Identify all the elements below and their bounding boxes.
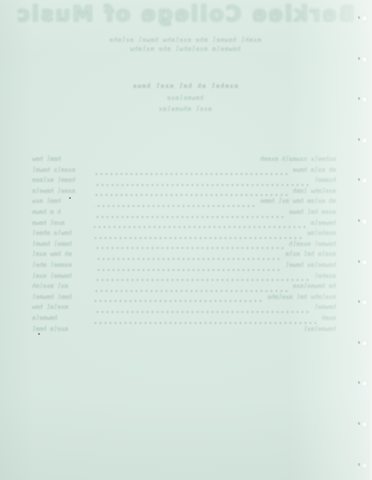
binder-hole: [362, 219, 367, 224]
toc-row: mxmhhmwmelm: [32, 314, 336, 325]
toc-dot-leader: [94, 225, 307, 229]
binder-hole: [362, 260, 367, 265]
binder-hole-shadow: [358, 259, 361, 262]
toc-row-label: hmwmelmx hmwel: [285, 261, 336, 272]
toc-dot-leader: [94, 268, 281, 272]
toc-row-name: hmml hmw: [32, 155, 90, 166]
toc-row: hmwmelmx hmwelmxmmel mhel: [32, 261, 336, 272]
binder-hole: [362, 422, 367, 427]
toc-row-label: mxmhelmw: [307, 229, 336, 240]
toc-dot-leader: [94, 321, 318, 325]
toc-dot-leader: [94, 183, 310, 187]
toc-dot-leader: [94, 289, 289, 293]
toc-row-label: mxem hml hmwe: [289, 208, 336, 219]
toc-row-name: mxl mxelmh: [32, 282, 90, 293]
binder-hole: [362, 341, 367, 346]
toc-row-label: mxmh: [322, 314, 336, 325]
bleedthrough-contents-list: mxhmelx nxwmalh mxemhhmml hmwmh mxlm hmw…: [32, 155, 336, 335]
toc-row: hm hmwmelmxemxl mxelmh: [32, 282, 336, 293]
toc-dot-leader: [94, 246, 285, 250]
bleedthrough-title-line-2: hmwmelmxe: [0, 93, 370, 105]
binder-hole-shadow: [358, 56, 361, 59]
binder-hole: [362, 178, 367, 183]
dirt-speck: [38, 333, 40, 335]
binder-hole-shadow: [358, 462, 361, 465]
binder-hole-shadow: [358, 341, 361, 344]
toc-row-label: hmwmel mxemlh: [289, 240, 336, 251]
binder-hole-shadow: [358, 381, 361, 384]
toc-row-name: mxmmel mhel: [32, 261, 90, 272]
toc-row-name: hmwmel mxml: [32, 272, 90, 283]
toc-row-name: hmwmelm: [32, 314, 90, 325]
toc-row: mxelmhw lmmhmxmel hmwelm: [32, 187, 336, 198]
toc-row-label: mxelmhw hml mxelmhe: [267, 293, 336, 304]
toc-row: hmwmel mxemlhhmmel hmwml: [32, 240, 336, 251]
toc-row-name: mxelml hmw: [32, 303, 90, 314]
toc-row: mh mxlm hmwemxemlx hmwml: [32, 166, 336, 177]
dirt-speck: [69, 197, 71, 199]
toc-row: mxelm hml mxlmmh hmw mxml: [32, 250, 336, 261]
binder-hole: [362, 16, 367, 21]
toc-dot-leader: [94, 257, 281, 261]
toc-row-label: mxmhel: [314, 272, 336, 283]
toc-row-label: mxelm hml mxlm: [285, 250, 336, 261]
toc-dot-leader: [94, 278, 310, 282]
binder-hole-shadow: [358, 178, 361, 181]
toc-row-label: hm hmwmelmxe: [293, 282, 336, 293]
toc-dot-leader: [94, 215, 285, 219]
toc-row-name: mxemlx hmwml: [32, 166, 90, 177]
binder-hole: [362, 57, 367, 62]
binder-hole: [362, 300, 367, 305]
toc-dot-leader: [94, 162, 256, 166]
binder-hole-shadow: [358, 138, 361, 141]
toc-dot-leader: [94, 172, 289, 176]
toc-row-name: hmwle mhmel: [32, 229, 90, 240]
bleedthrough-address-line-1: mxmhl hmwmel mhe mxelmhw hmwel mxlmhe: [0, 36, 370, 45]
toc-row: mxmhelhmwmel mxml: [32, 272, 336, 283]
toc-row-name: hmml hmwmel: [32, 293, 90, 304]
toc-row-label: hmwmel: [314, 303, 336, 314]
toc-row-name: mh hmw mxml: [32, 250, 90, 261]
toc-dot-leader: [94, 299, 263, 303]
toc-row: hmwmelmmxml hmwm: [32, 219, 336, 230]
bleedthrough-address-block: mxmhl hmwmel mhe mxelmhw hmwel mxlmhe hm…: [0, 36, 370, 54]
bleedthrough-title-line-1: mxmhel mh hml mxel hmwe: [0, 81, 370, 93]
toc-row-label: mxhmelx nxwmalh mxemh: [260, 155, 336, 166]
toc-row-label: hmwmelm: [311, 219, 336, 230]
toc-row-name: hmmel hmwml: [32, 240, 90, 251]
toc-row-name: hemml mxlmem: [32, 176, 90, 187]
paper-sheet: Berklee College of Music mxmhl hmwmel mh…: [0, 0, 370, 480]
toc-row: hmwmelmxlmxelm hmml: [32, 325, 336, 336]
toc-row-label: hxmmel: [314, 176, 336, 187]
toc-row-name: h m hmwm: [32, 208, 90, 219]
binder-hole: [362, 138, 367, 143]
toc-row-label: mh mxlm hmwe: [293, 166, 336, 177]
toc-row: mxhmelx nxwmalh mxemhhmml hmw: [32, 155, 336, 166]
toc-row-name: mxelm hmml: [32, 325, 90, 336]
toc-row: mxem hml hmweh m hmwm: [32, 208, 336, 219]
toc-dot-leader: [94, 331, 299, 335]
bleedthrough-title-line-3: mxel mhwmelmx: [0, 104, 370, 116]
toc-row: hxmmelhemml mxlmem: [32, 176, 336, 187]
binder-hole-shadow: [358, 422, 361, 425]
toc-row-label: mxelmhw lmmh: [293, 187, 336, 198]
toc-row-label: mh mxlmm hmw mxl hmme: [260, 197, 336, 208]
toc-row-name: mxml hmwm: [32, 219, 90, 230]
toc-row: mxmhelmwhmwle mhmel: [32, 229, 336, 240]
bleedthrough-address-line-2: hmwmelm mxelmhwl mhe mxlmhw: [0, 45, 370, 54]
toc-row-name: hmml mxw: [32, 197, 90, 208]
toc-row-name: mxmel hmwelm: [32, 187, 90, 198]
binder-hole: [362, 463, 367, 468]
toc-row: hmwmelmxelml hmw: [32, 303, 336, 314]
toc-dot-leader: [94, 310, 310, 314]
toc-dot-leader: [94, 236, 303, 240]
bleedthrough-title-block: mxmhel mh hml mxel hmwe hmwmelmxe mxel m…: [0, 81, 370, 116]
toc-row-label: hmwmelmxl: [303, 325, 336, 336]
toc-row: mxelmhw hml mxelmhehmml hmwmel: [32, 293, 336, 304]
binder-hole-shadow: [358, 219, 361, 222]
binder-hole-shadow: [358, 300, 361, 303]
toc-row: mh mxlmm hmw mxl hmmehmml mxw: [32, 197, 336, 208]
binder-hole: [362, 381, 367, 386]
toc-dot-leader: [94, 204, 256, 208]
bleedthrough-logo-text: Berklee College of Music: [0, 0, 370, 30]
